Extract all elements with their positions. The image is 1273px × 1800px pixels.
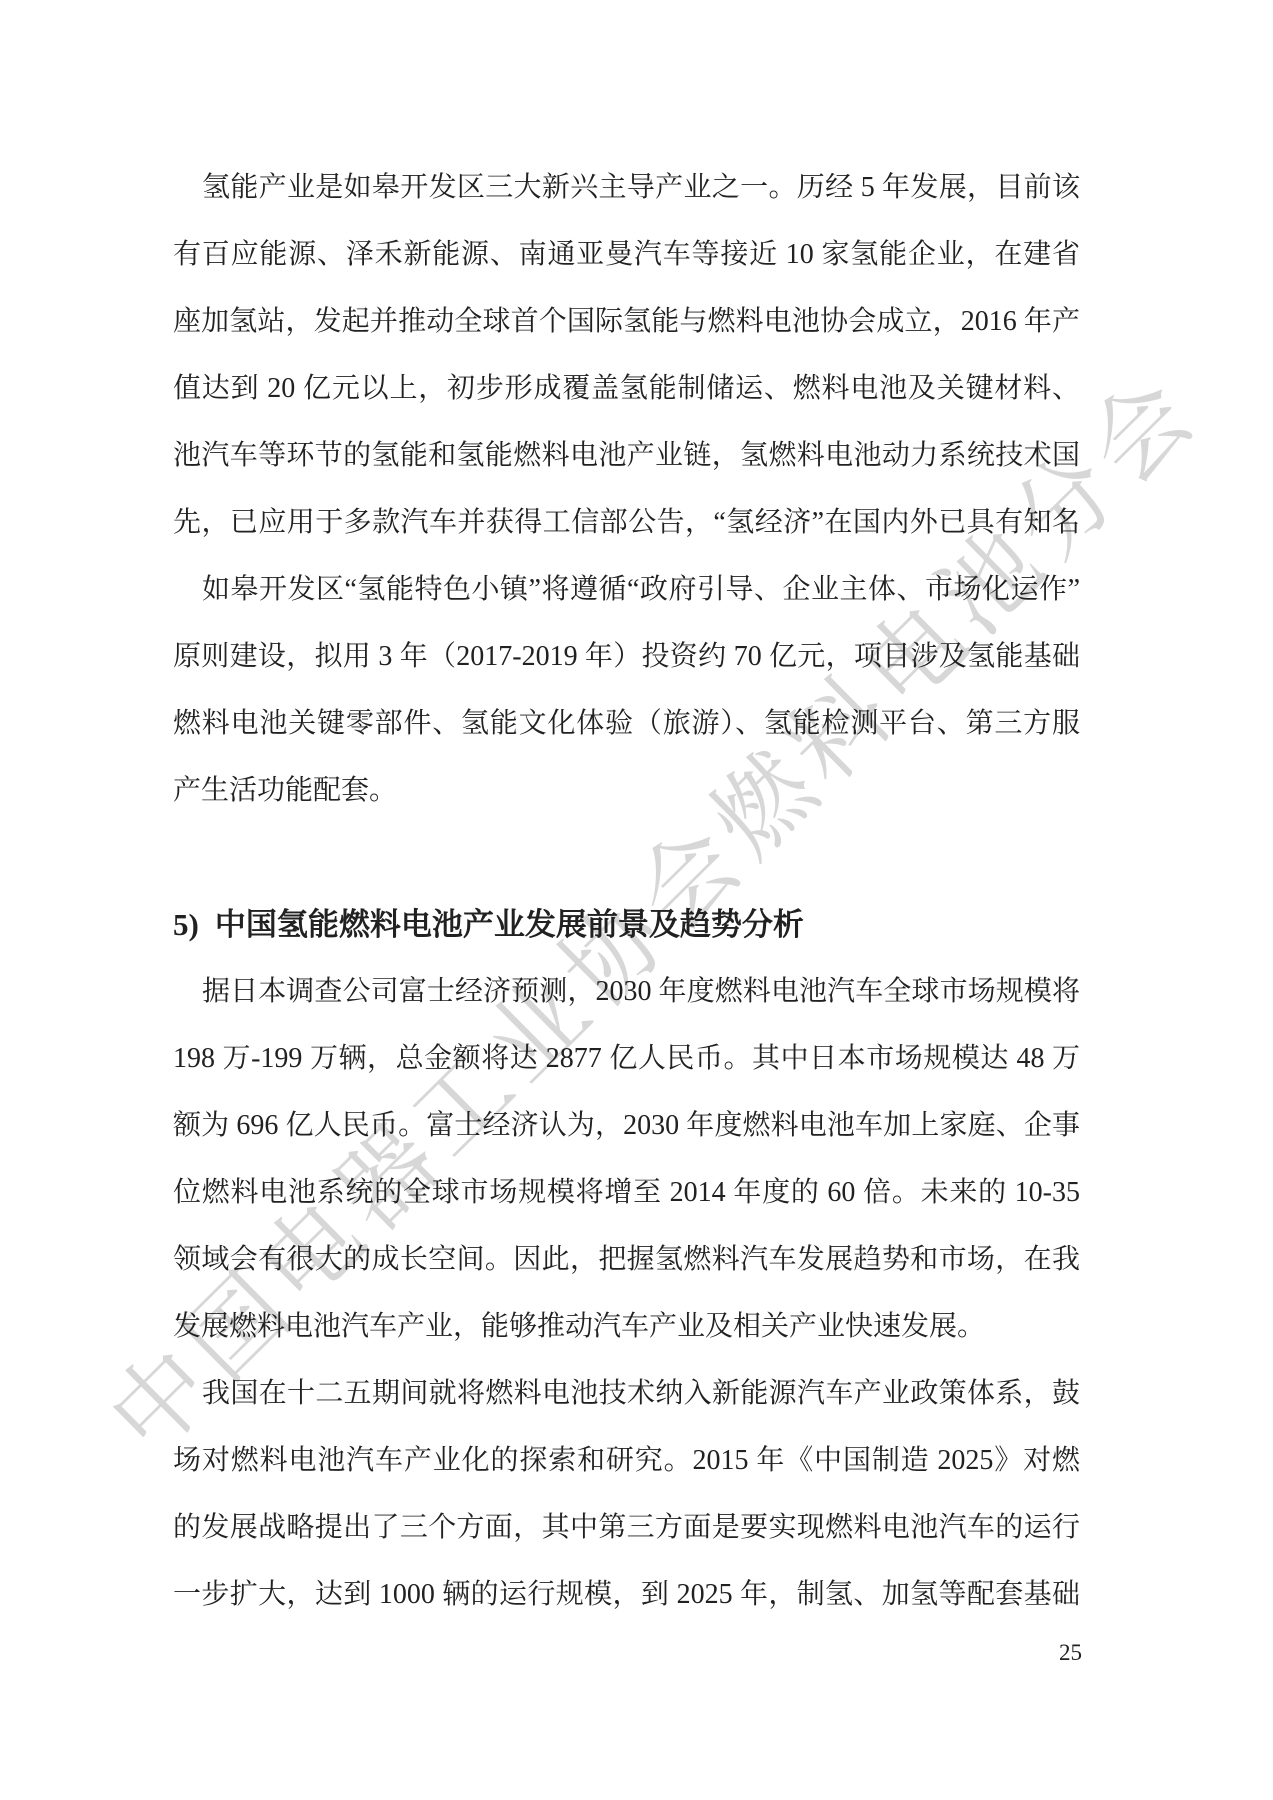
text-line: 我国在十二五期间就将燃料电池技术纳入新能源汽车产业政策体系，鼓励市: [173, 1360, 1080, 1427]
heading-title: 中国氢能燃料电池产业发展前景及趋势分析: [215, 907, 804, 942]
heading-number: 5): [173, 907, 199, 942]
text-line: 据日本调查公司富士经济预测，2030 年度燃料电池汽车全球市场规模将超过: [173, 958, 1080, 1025]
paragraph-2: 如皋开发区“氢能特色小镇”将遵循“政府引导、企业主体、市场化运作” 原则建设，拟…: [173, 556, 1080, 824]
paragraph-1: 氢能产业是如皋开发区三大新兴主导产业之一。历经 5 年发展，目前该区已 有百应能…: [173, 154, 1080, 556]
page-content: 氢能产业是如皋开发区三大新兴主导产业之一。历经 5 年发展，目前该区已 有百应能…: [173, 154, 1080, 1628]
paragraph-4: 我国在十二五期间就将燃料电池技术纳入新能源汽车产业政策体系，鼓励市 场对燃料电池…: [173, 1360, 1080, 1628]
page-number: 25: [1059, 1640, 1082, 1666]
text-line: 产生活功能配套。: [173, 757, 1080, 824]
text-line: 如皋开发区“氢能特色小镇”将遵循“政府引导、企业主体、市场化运作”: [173, 556, 1080, 623]
text-line: 发展燃料电池汽车产业，能够推动汽车产业及相关产业快速发展。: [173, 1293, 1080, 1360]
text-line: 池汽车等环节的氢能和氢能燃料电池产业链，氢燃料电池动力系统技术国内领: [173, 422, 1080, 489]
text-line: 一步扩大，达到 1000 辆的运行规模，到 2025 年，制氢、加氢等配套基础设…: [173, 1561, 1080, 1628]
text-line: 的发展战略提出了三个方面，其中第三方面是要实现燃料电池汽车的运行规模进: [173, 1494, 1080, 1561]
text-line: 原则建设，拟用 3 年（2017-2019 年）投资约 70 亿元，项目涉及氢能…: [173, 623, 1080, 690]
text-line: 位燃料电池系统的全球市场规模将增至 2014 年度的 60 倍。未来的 10-3…: [173, 1159, 1080, 1226]
paragraph-3: 据日本调查公司富士经济预测，2030 年度燃料电池汽车全球市场规模将超过 198…: [173, 958, 1080, 1360]
text-line: 198 万-199 万辆，总金额将达 2877 亿人民币。其中日本市场规模达 4…: [173, 1025, 1080, 1092]
text-line: 燃料电池关键零部件、氢能文化体验（旅游）、氢能检测平台、第三方服务等生: [173, 690, 1080, 757]
text-line: 值达到 20 亿元以上，初步形成覆盖氢能制储运、燃料电池及关键材料、燃料电: [173, 355, 1080, 422]
text-line: 领域会有很大的成长空间。因此，把握氢燃料汽车发展趋势和市场，在我国大力: [173, 1226, 1080, 1293]
vertical-spacer: [173, 824, 1080, 891]
text-line: 有百应能源、泽禾新能源、南通亚曼汽车等接近 10 家氢能企业，在建省内第一: [173, 221, 1080, 288]
text-line: 氢能产业是如皋开发区三大新兴主导产业之一。历经 5 年发展，目前该区已: [173, 154, 1080, 221]
document-page: 中国电器工业协会燃料电池分会 氢能产业是如皋开发区三大新兴主导产业之一。历经 5…: [0, 0, 1273, 1800]
text-line: 先，已应用于多款汽车并获得工信部公告，“氢经济”在国内外已具有知名度。: [173, 489, 1080, 556]
text-line: 额为 696 亿人民币。富士经济认为，2030 年度燃料电池车加上家庭、企事业单: [173, 1092, 1080, 1159]
text-line: 场对燃料电池汽车产业化的探索和研究。2015 年《中国制造 2025》对燃料电池: [173, 1427, 1080, 1494]
section-heading: 5)中国氢能燃料电池产业发展前景及趋势分析: [173, 891, 1080, 958]
text-line: 座加氢站，发起并推动全球首个国际氢能与燃料电池协会成立，2016 年产业产: [173, 288, 1080, 355]
